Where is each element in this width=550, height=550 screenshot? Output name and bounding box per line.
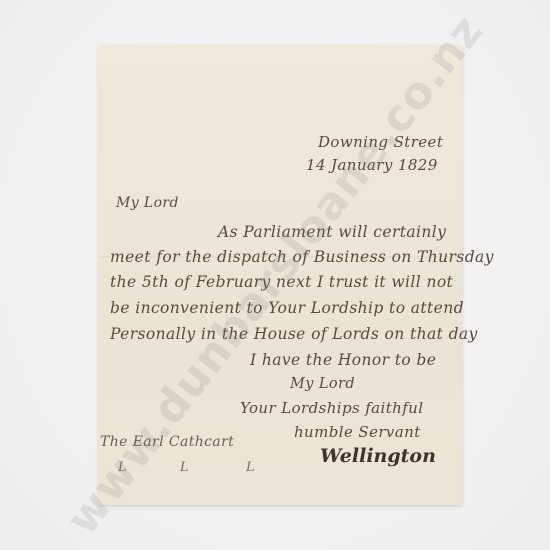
photo-stage: Downing Street 14 January 1829 My Lord A… <box>0 0 550 550</box>
closing-line: My Lord <box>290 377 355 392</box>
address-line-1: Downing Street <box>318 135 443 150</box>
pencil-marks: L L L <box>118 460 268 476</box>
body-line: meet for the dispatch of Business on Thu… <box>110 250 494 266</box>
closing-line: Your Lordships faithful <box>240 401 423 416</box>
body-line: the 5th of February next I trust it will… <box>110 275 453 291</box>
letter-paper: Downing Street 14 January 1829 My Lord A… <box>98 45 462 505</box>
pencil-mark: L <box>180 460 189 475</box>
pencil-mark: L <box>246 460 255 475</box>
signature: Wellington <box>320 447 436 466</box>
body-line: As Parliament will certainly <box>218 225 446 241</box>
body-line: Personally in the House of Lords on that… <box>110 327 478 343</box>
closing-line: humble Servant <box>294 425 421 440</box>
salutation: My Lord <box>116 196 179 210</box>
address-date: 14 January 1829 <box>306 158 438 173</box>
body-line: I have the Honor to be <box>250 353 436 369</box>
body-line: be inconvenient to Your Lordship to atte… <box>110 301 464 317</box>
pencil-mark: L <box>118 460 127 475</box>
addressee: The Earl Cathcart <box>100 435 234 449</box>
